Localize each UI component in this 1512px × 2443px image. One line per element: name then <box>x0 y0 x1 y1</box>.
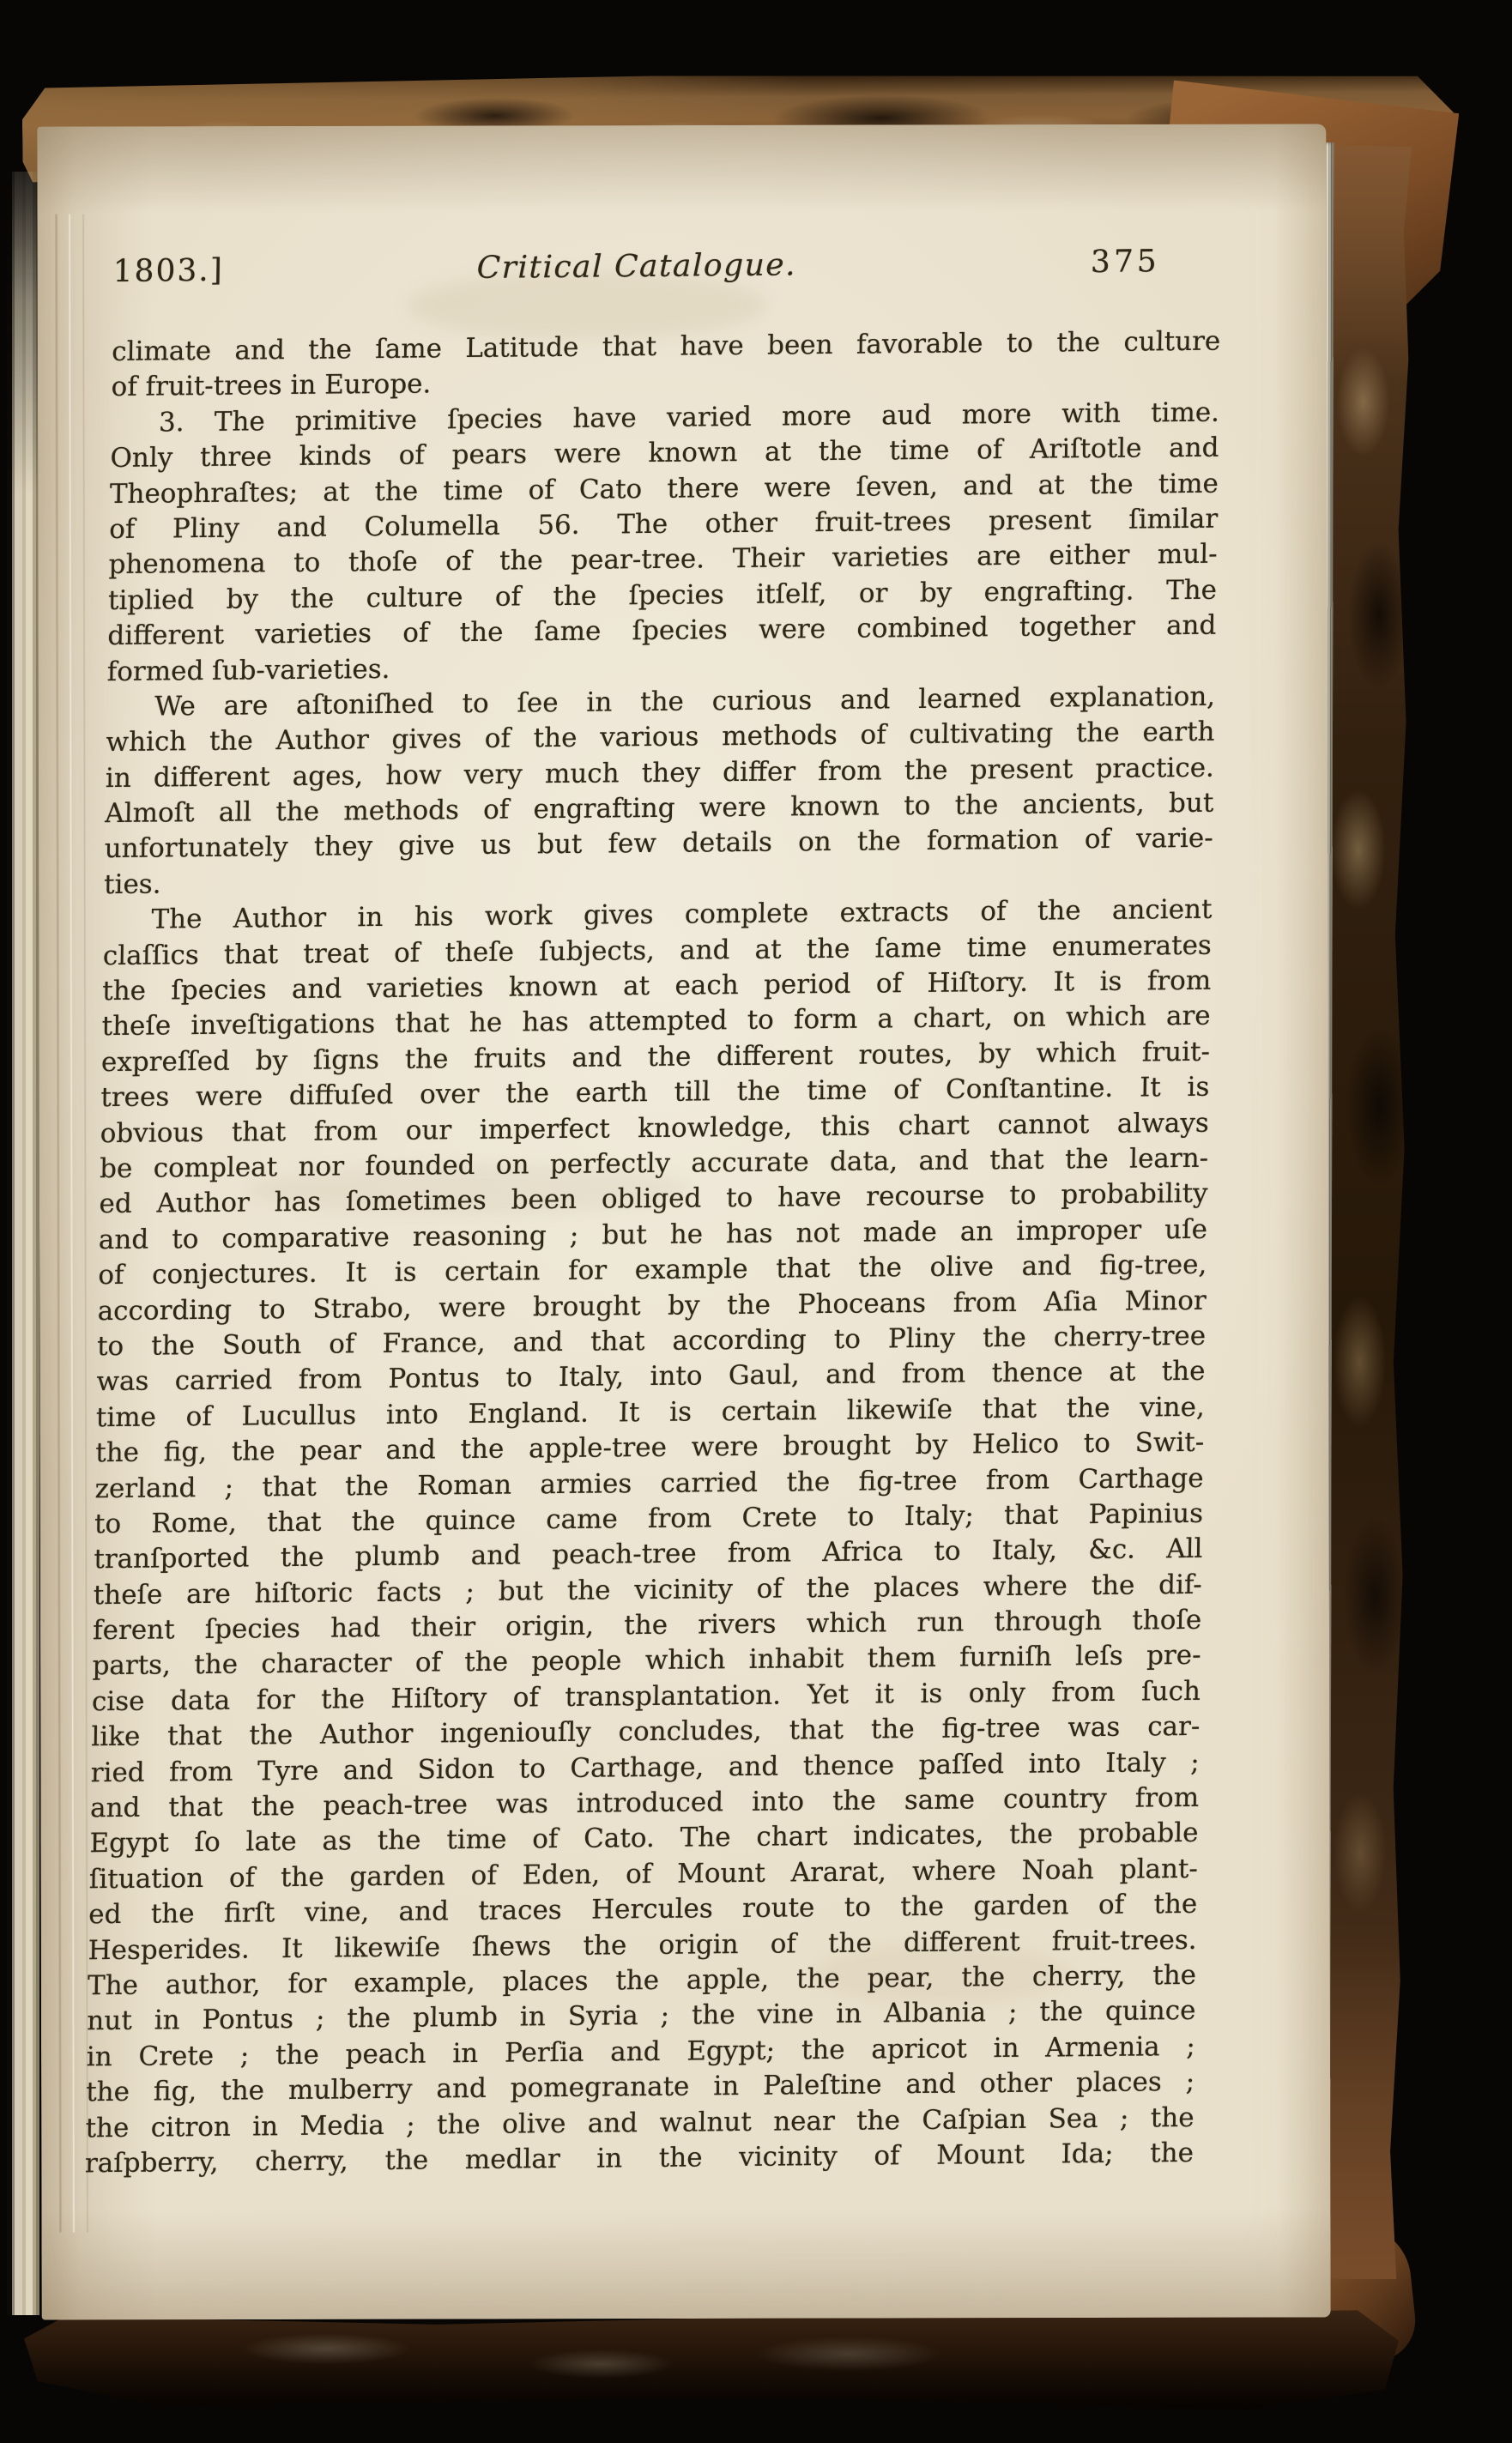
fore-edge-marbled-strip <box>1327 146 1412 2279</box>
gutter-crease <box>69 215 76 2233</box>
header-title: Critical Catalogue. <box>203 245 1071 288</box>
gutter-crease <box>55 215 63 2233</box>
header-page-number: 375 <box>1091 244 1160 280</box>
page-text-layer: 1803.] Critical Catalogue. 375 climate a… <box>85 244 1222 2182</box>
book-scan-photo: 1803.] Critical Catalogue. 375 climate a… <box>0 0 1512 2443</box>
body-lines: climate and the ſame Latitude that have … <box>85 324 1221 2182</box>
book-bottom-edge-band <box>24 2308 1399 2410</box>
